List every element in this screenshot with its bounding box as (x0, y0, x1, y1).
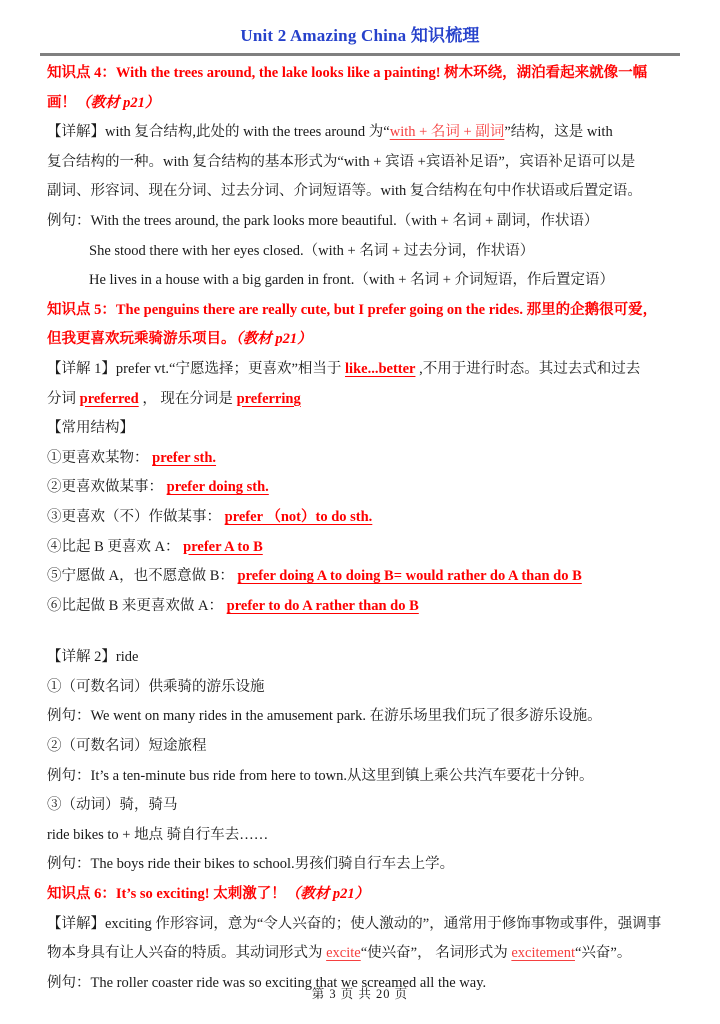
text-segment: ④比起 B 更喜欢 A： (47, 539, 183, 555)
kp4-example-1: 例句：With the trees around, the park looks… (47, 207, 673, 237)
kp5-heading-line1: 知识点 5：The penguins there are really cute… (47, 296, 673, 326)
kp4-example-3: He lives in a house with a big garden in… (47, 266, 673, 296)
text-segment: with + 名词 + 副词 (390, 124, 505, 140)
kp4-detail-line2: 复合结构的一种。with 复合结构的基本形式为“with + 宾语 +宾语补足语… (47, 148, 673, 178)
text-segment: 画！ (47, 95, 76, 111)
ride-sense-1: ①（可数名词）供乘骑的游乐设施 (47, 673, 673, 703)
kp5-structure-1: ①更喜欢某物： prefer sth. (47, 444, 673, 474)
text-segment: like...better (345, 361, 415, 377)
kp5-structure-6: ⑥比起做 B 来更喜欢做 A： prefer to do A rather th… (47, 592, 673, 622)
text-segment: 副词、形容词、现在分词、过去分词、介词短语等。with 复合结构在句中作状语或后… (47, 183, 642, 199)
text-segment: ①（可数名词）供乘骑的游乐设施 (47, 679, 265, 695)
page-header: Unit 2 Amazing China 知识梳理 (0, 0, 720, 56)
text-segment: 例句：With the trees around, the park looks… (47, 213, 598, 229)
text-segment: 例句：The boys ride their bikes to school.男… (47, 856, 454, 872)
kp5-structures-title: 【常用结构】 (47, 414, 673, 444)
text-segment: ， 现在分词是 (139, 391, 237, 407)
kp6-detail-line1: 【详解】exciting 作形容词，意为“令人兴奋的；使人激动的”，通常用于修饰… (47, 910, 673, 940)
text-segment: He lives in a house with a big garden in… (89, 272, 614, 288)
text-segment: （教材 p21） (76, 95, 159, 111)
document-page: Unit 2 Amazing China 知识梳理 知识点 4：With the… (0, 0, 720, 1024)
kp4-heading-line1: 知识点 4：With the trees around, the lake lo… (47, 59, 673, 89)
ride-sense-2: ②（可数名词）短途旅程 (47, 732, 673, 762)
text-segment: 物本身具有让人兴奋的特质。其动词形式为 (47, 945, 326, 961)
ride-example-1: 例句：We went on many rides in the amusemen… (47, 702, 673, 732)
text-segment: prefer （not）to do sth. (225, 509, 373, 525)
page-title: Unit 2 Amazing China 知识梳理 (240, 26, 479, 45)
text-segment: ③（动词）骑，骑马 (47, 797, 178, 813)
kp4-heading-line2: 画！（教材 p21） (47, 89, 673, 119)
text-segment: excitement (511, 945, 575, 961)
text-segment: 知识点 4：With the trees around, the lake lo… (47, 65, 647, 81)
text-segment: 例句：It’s a ten-minute bus ride from here … (47, 768, 594, 784)
text-segment: “兴奋”。 (575, 945, 631, 961)
header-divider (40, 53, 680, 56)
text-segment: ②更喜欢做某事： (47, 479, 167, 495)
text-segment: preferred (80, 391, 139, 407)
ride-example-3: 例句：The boys ride their bikes to school.男… (47, 850, 673, 880)
text-segment: （教材 p21） (286, 886, 369, 902)
text-segment: 【详解】exciting 作形容词，意为“令人兴奋的；使人激动的”，通常用于修饰… (47, 916, 661, 932)
kp5-heading-line2: 但我更喜欢玩乘骑游乐项目。（教材 p21） (47, 325, 673, 355)
text-segment: ⑤宁愿做 A，也不愿意做 B： (47, 568, 238, 584)
kp5-detail1-line2: 分词 preferred ， 现在分词是 preferring (47, 385, 673, 415)
text-segment: ,不用于进行时态。其过去式和过去 (415, 361, 640, 377)
kp6-detail-line2: 物本身具有让人兴奋的特质。其动词形式为 excite“使兴奋”， 名词形式为 e… (47, 939, 673, 969)
text-segment: She stood there with her eyes closed.（wi… (89, 243, 534, 259)
text-segment: 【详解 1】prefer vt.“宁愿选择；更喜欢”相当于 (47, 361, 345, 377)
kp5-structure-2: ②更喜欢做某事： prefer doing sth. (47, 473, 673, 503)
text-segment: preferring (237, 391, 301, 407)
text-segment: ①更喜欢某物： (47, 450, 152, 466)
text-segment: 【详解 2】ride (47, 649, 138, 665)
ride-pattern: ride bikes to + 地点 骑自行车去…… (47, 821, 673, 851)
text-segment: （教材 p21） (236, 331, 312, 347)
kp5-detail2-title: 【详解 2】ride (47, 643, 673, 673)
kp4-detail-line3: 副词、形容词、现在分词、过去分词、介词短语等。with 复合结构在句中作状语或后… (47, 177, 673, 207)
kp4-example-2: She stood there with her eyes closed.（wi… (47, 237, 673, 267)
kp4-detail-line1: 【详解】with 复合结构,此处的 with the trees around … (47, 118, 673, 148)
footer-page-number: 第 3 页 共 20 页 (0, 984, 720, 1002)
text-segment: prefer doing sth. (167, 479, 269, 495)
text-segment: 分词 (47, 391, 80, 407)
kp6-heading: 知识点 6：It’s so exciting! 太刺激了！（教材 p21） (47, 880, 673, 910)
text-segment: ⑥比起做 B 来更喜欢做 A： (47, 598, 227, 614)
ride-sense-3: ③（动词）骑，骑马 (47, 791, 673, 821)
text-segment: ride bikes to + 地点 骑自行车去…… (47, 827, 268, 843)
kp5-structure-5: ⑤宁愿做 A，也不愿意做 B： prefer doing A to doing … (47, 562, 673, 592)
text-segment: prefer to do A rather than do B (227, 598, 419, 614)
text-segment: 例句：We went on many rides in the amusemen… (47, 708, 602, 724)
text-segment: 【常用结构】 (47, 420, 134, 436)
text-segment: ”结构，这是 with (504, 124, 612, 140)
kp5-structure-4: ④比起 B 更喜欢 A： prefer A to B (47, 533, 673, 563)
text-segment: prefer A to B (183, 539, 263, 555)
kp5-structure-3: ③更喜欢（不）作做某事： prefer （not）to do sth. (47, 503, 673, 533)
text-segment: 知识点 5：The penguins there are really cute… (47, 302, 657, 318)
text-segment: prefer sth. (152, 450, 216, 466)
blank-spacer (47, 621, 673, 643)
text-segment: “使兴奋”， 名词形式为 (361, 945, 512, 961)
text-segment: 知识点 6：It’s so exciting! 太刺激了！ (47, 886, 286, 902)
text-segment: excite (326, 945, 361, 961)
text-segment: prefer doing A to doing B= would rather … (238, 568, 582, 584)
text-segment: ②（可数名词）短途旅程 (47, 738, 207, 754)
document-body: 知识点 4：With the trees around, the lake lo… (47, 59, 673, 998)
text-segment: ③更喜欢（不）作做某事： (47, 509, 225, 525)
text-segment: 复合结构的一种。with 复合结构的基本形式为“with + 宾语 +宾语补足语… (47, 154, 635, 170)
ride-example-2: 例句：It’s a ten-minute bus ride from here … (47, 762, 673, 792)
text-segment: 【详解】with 复合结构,此处的 with the trees around … (47, 124, 390, 140)
kp5-detail1-line1: 【详解 1】prefer vt.“宁愿选择；更喜欢”相当于 like...bet… (47, 355, 673, 385)
text-segment: 但我更喜欢玩乘骑游乐项目。 (47, 331, 236, 347)
